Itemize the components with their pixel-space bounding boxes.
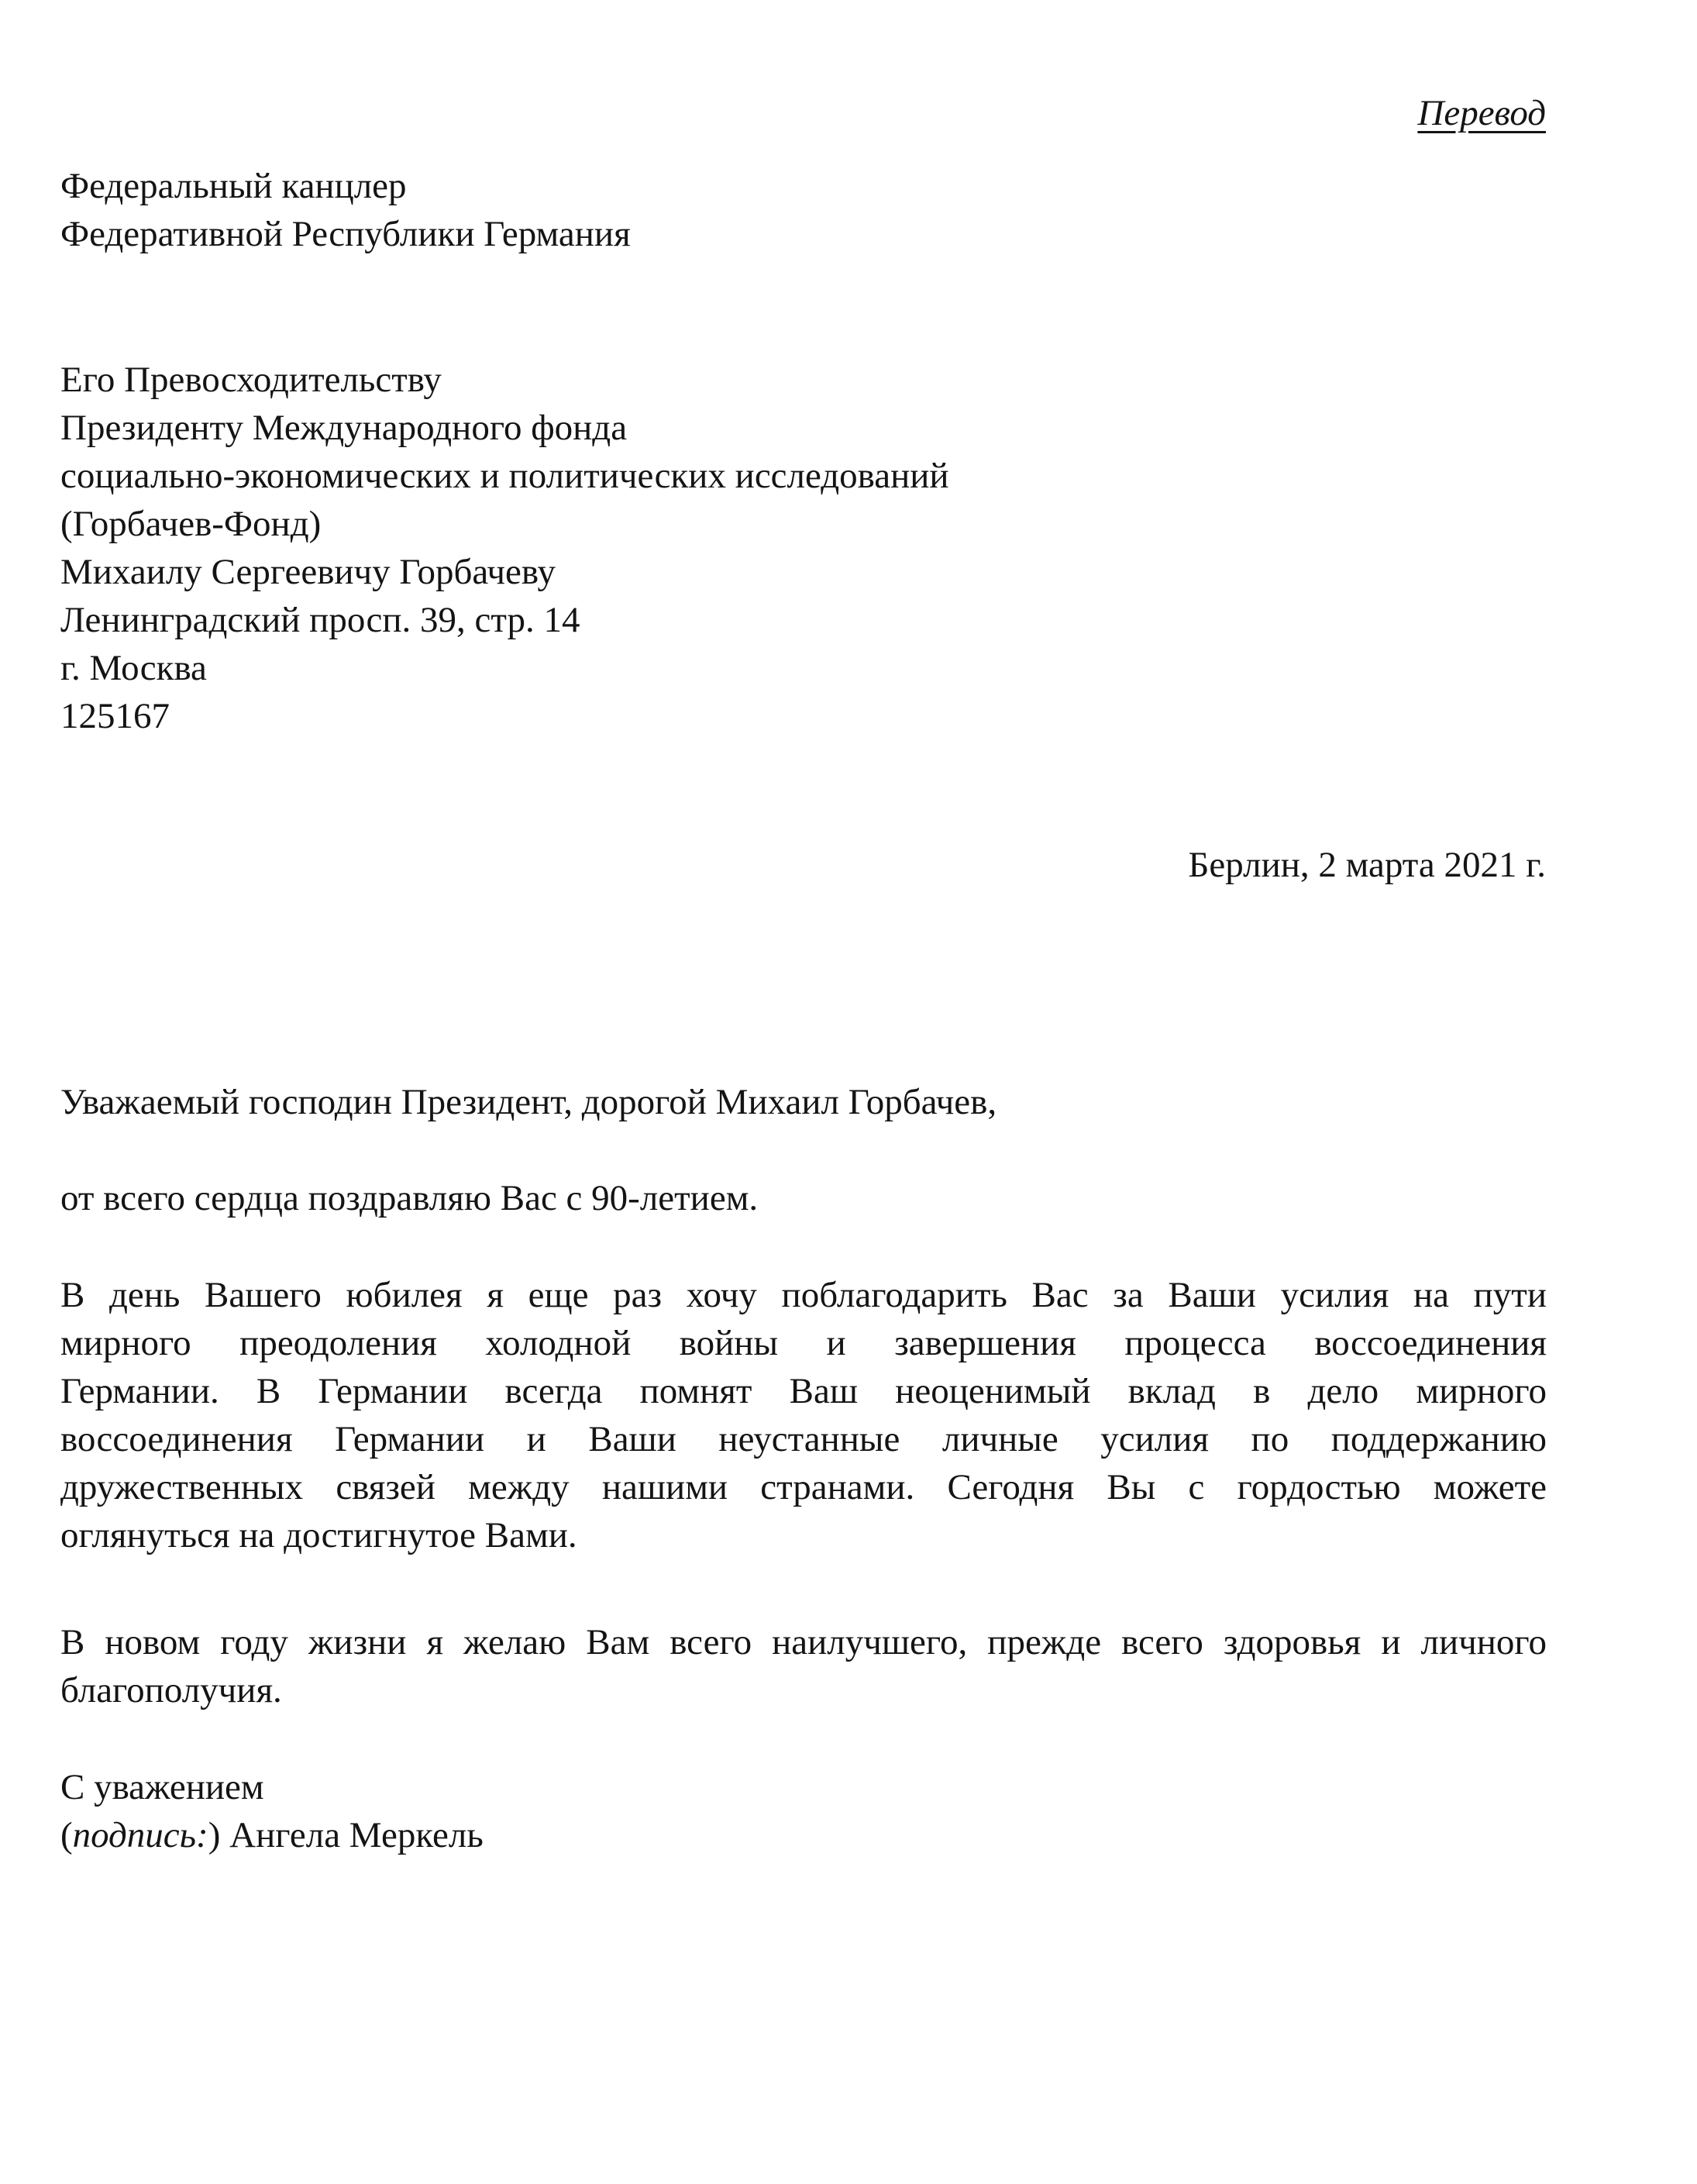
recipient-line: Ленинградский просп. 39, стр. 14 [60, 598, 580, 642]
signature-close-paren: ) [208, 1815, 221, 1855]
translation-mark: Перевод [1417, 91, 1546, 135]
signature-open-paren: ( [60, 1815, 73, 1855]
recipient-line: Михаилу Сергеевичу Горбачеву [60, 550, 556, 594]
recipient-line: г. Москва [60, 646, 207, 690]
paragraph-line: дружественных связей между нашими страна… [60, 1463, 1547, 1511]
recipient-postcode: 125167 [60, 694, 170, 738]
sender-line: Федеральный канцлер [60, 164, 407, 208]
salutation: Уважаемый господин Президент, дорогой Ми… [60, 1080, 997, 1124]
paragraph-line: оглянуться на достигнутое Вами. [60, 1511, 1547, 1559]
signature-note: подпись: [73, 1815, 208, 1855]
paragraph-line: воссоединения Германии и Ваши неустанные… [60, 1415, 1547, 1463]
body-paragraph-2: В новом году жизни я желаю Вам всего наи… [60, 1618, 1547, 1714]
closing: С уважением [60, 1765, 264, 1809]
sender-line: Федеративной Республики Германия [60, 212, 631, 256]
letter-page: Перевод Федеральный канцлер Федеративной… [0, 0, 1697, 2184]
signatory-name: Ангела Меркель [229, 1815, 484, 1855]
recipient-line: Президенту Международного фонда [60, 406, 627, 450]
paragraph-line: В новом году жизни я желаю Вам всего наи… [60, 1618, 1547, 1666]
recipient-line: социально-экономических и политических и… [60, 454, 949, 498]
recipient-line: (Горбачев-Фонд) [60, 502, 321, 546]
place-date: Берлин, 2 марта 2021 г. [1188, 843, 1546, 887]
recipient-line: Его Превосходительству [60, 358, 442, 401]
signature-line: (подпись:) Ангела Меркель [60, 1814, 484, 1857]
paragraph-line: благополучия. [60, 1666, 1547, 1714]
opening-line: от всего сердца поздравляю Вас с 90-лети… [60, 1176, 758, 1220]
paragraph-line: мирного преодоления холодной войны и зав… [60, 1319, 1547, 1367]
paragraph-line: В день Вашего юбилея я еще раз хочу побл… [60, 1271, 1547, 1319]
paragraph-line: Германии. В Германии всегда помнят Ваш н… [60, 1367, 1547, 1415]
body-paragraph-1: В день Вашего юбилея я еще раз хочу побл… [60, 1271, 1547, 1559]
